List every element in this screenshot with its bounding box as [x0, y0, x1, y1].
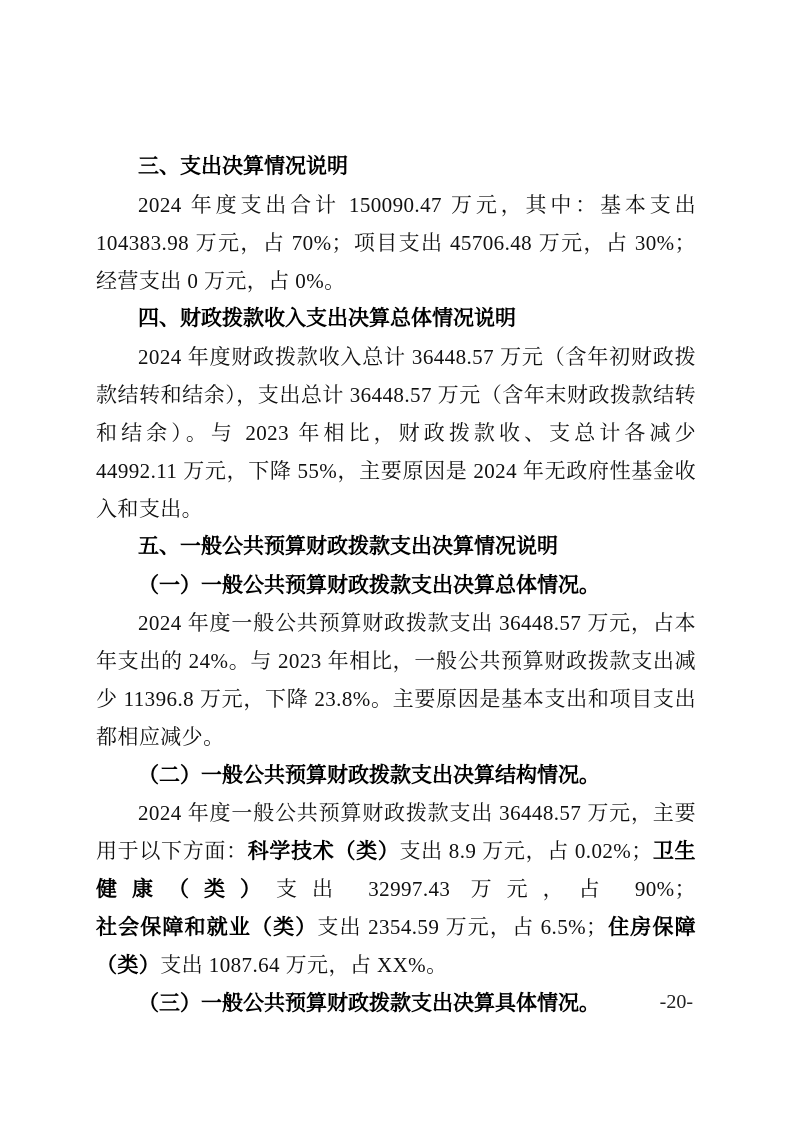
text-segment-category-science: 科学技术（类） — [248, 839, 400, 863]
subheading-general-details: （三）一般公共预算财政拨款支出决算具体情况。 — [96, 984, 696, 1022]
paragraph-general-structure: 2024 年度一般公共预算财政拨款支出 36448.57 万元，主要用于以下方面… — [96, 794, 696, 984]
text-segment: 支出 1087.64 万元，占 XX%。 — [160, 953, 447, 977]
paragraph-fiscal-appropriation-overview: 2024 年度财政拨款收入总计 36448.57 万元（含年初财政拨款结转和结余… — [96, 338, 696, 528]
paragraph-expenditure-overview: 2024 年度支出合计 150090.47 万元，其中：基本支出 104383.… — [96, 186, 696, 300]
section-heading-expenditure-overview: 三、支出决算情况说明 — [96, 148, 696, 186]
paragraph-general-overall: 2024 年度一般公共预算财政拨款支出 36448.57 万元，占本年支出的 2… — [96, 604, 696, 756]
section-heading-general-public-budget: 五、一般公共预算财政拨款支出决算情况说明 — [96, 528, 696, 566]
section-heading-fiscal-appropriation-overview: 四、财政拨款收入支出决算总体情况说明 — [96, 300, 696, 338]
page-number: -20- — [660, 990, 693, 1014]
document-content: 三、支出决算情况说明 2024 年度支出合计 150090.47 万元，其中：基… — [96, 148, 696, 1022]
text-segment: 支出 8.9 万元，占 0.02%； — [400, 839, 653, 863]
text-segment: 支出 32997.43 万元，占 90%； — [276, 877, 696, 901]
text-segment-category-social-security: 社会保障和就业（类） — [96, 915, 317, 939]
subheading-general-structure: （二）一般公共预算财政拨款支出决算结构情况。 — [96, 756, 696, 794]
document-page: 三、支出决算情况说明 2024 年度支出合计 150090.47 万元，其中：基… — [0, 0, 793, 1122]
text-segment: 支出 2354.59 万元，占 6.5%； — [317, 915, 607, 939]
subheading-general-overall: （一）一般公共预算财政拨款支出决算总体情况。 — [96, 566, 696, 604]
